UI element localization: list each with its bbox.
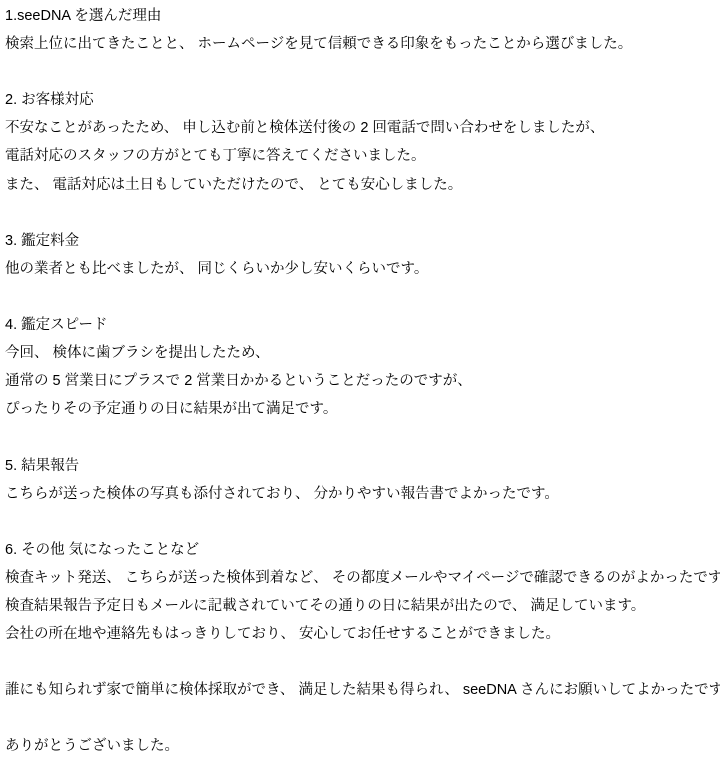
review-section-speed: 4. 鑑定スピード 今回、 検体に歯ブラシを提出したため、 通常の 5 営業日に… — [5, 311, 720, 423]
text-line: こちらが送った検体の写真も添付されており、 分かりやすい報告書でよかったです。 — [5, 480, 720, 508]
text-line: 今回、 検体に歯ブラシを提出したため、 — [5, 339, 720, 367]
text-line: 検査結果報告予定日もメールに記載されていてその通りの日に結果が出たので、 満足し… — [5, 592, 720, 620]
closing-summary-line: 誰にも知られず家で簡単に検体採取ができ、 満足した結果も得られ、 seeDNA … — [5, 676, 720, 704]
text-line: 検査キット発送、 こちらが送った検体到着など、 その都度メールやマイページで確認… — [5, 564, 720, 592]
closing-remarks: 誰にも知られず家で簡単に検体採取ができ、 満足した結果も得られ、 seeDNA … — [5, 676, 720, 760]
section-heading: 1.seeDNA を選んだ理由 — [5, 2, 720, 30]
review-section-price: 3. 鑑定料金 他の業者とも比べましたが、 同じくらいか少し安いくらいです。 — [5, 227, 720, 283]
review-section-other: 6. その他 気になったことなど 検査キット発送、 こちらが送った検体到着など、… — [5, 536, 720, 648]
review-section-reason: 1.seeDNA を選んだ理由 検索上位に出てきたことと、 ホームページを見て信… — [5, 2, 720, 58]
section-heading: 5. 結果報告 — [5, 452, 720, 480]
text-line: 他の業者とも比べましたが、 同じくらいか少し安いくらいです。 — [5, 255, 720, 283]
text-line: また、 電話対応は土日もしていただけたので、 とても安心しました。 — [5, 171, 720, 199]
section-heading: 3. 鑑定料金 — [5, 227, 720, 255]
text-line: 電話対応のスタッフの方がとても丁寧に答えてくださいました。 — [5, 142, 720, 170]
text-line: 会社の所在地や連絡先もはっきりしており、 安心してお任せすることができました。 — [5, 620, 720, 648]
review-section-report: 5. 結果報告 こちらが送った検体の写真も添付されており、 分かりやすい報告書で… — [5, 452, 720, 508]
section-heading: 6. その他 気になったことなど — [5, 536, 720, 564]
section-heading: 4. 鑑定スピード — [5, 311, 720, 339]
review-section-customer-service: 2. お客様対応 不安なことがあったため、 申し込む前と検体送付後の 2 回電話… — [5, 86, 720, 198]
text-line: 不安なことがあったため、 申し込む前と検体送付後の 2 回電話で問い合わせをしま… — [5, 114, 720, 142]
review-document: 1.seeDNA を選んだ理由 検索上位に出てきたことと、 ホームページを見て信… — [0, 0, 720, 761]
text-line: ぴったりその予定通りの日に結果が出て満足です。 — [5, 395, 720, 423]
closing-thanks-line: ありがとうございました。 — [5, 732, 720, 760]
text-line: 検索上位に出てきたことと、 ホームページを見て信頼できる印象をもったことから選び… — [5, 30, 720, 58]
text-line: 通常の 5 営業日にプラスで 2 営業日かかるということだったのですが、 — [5, 367, 720, 395]
section-heading: 2. お客様対応 — [5, 86, 720, 114]
